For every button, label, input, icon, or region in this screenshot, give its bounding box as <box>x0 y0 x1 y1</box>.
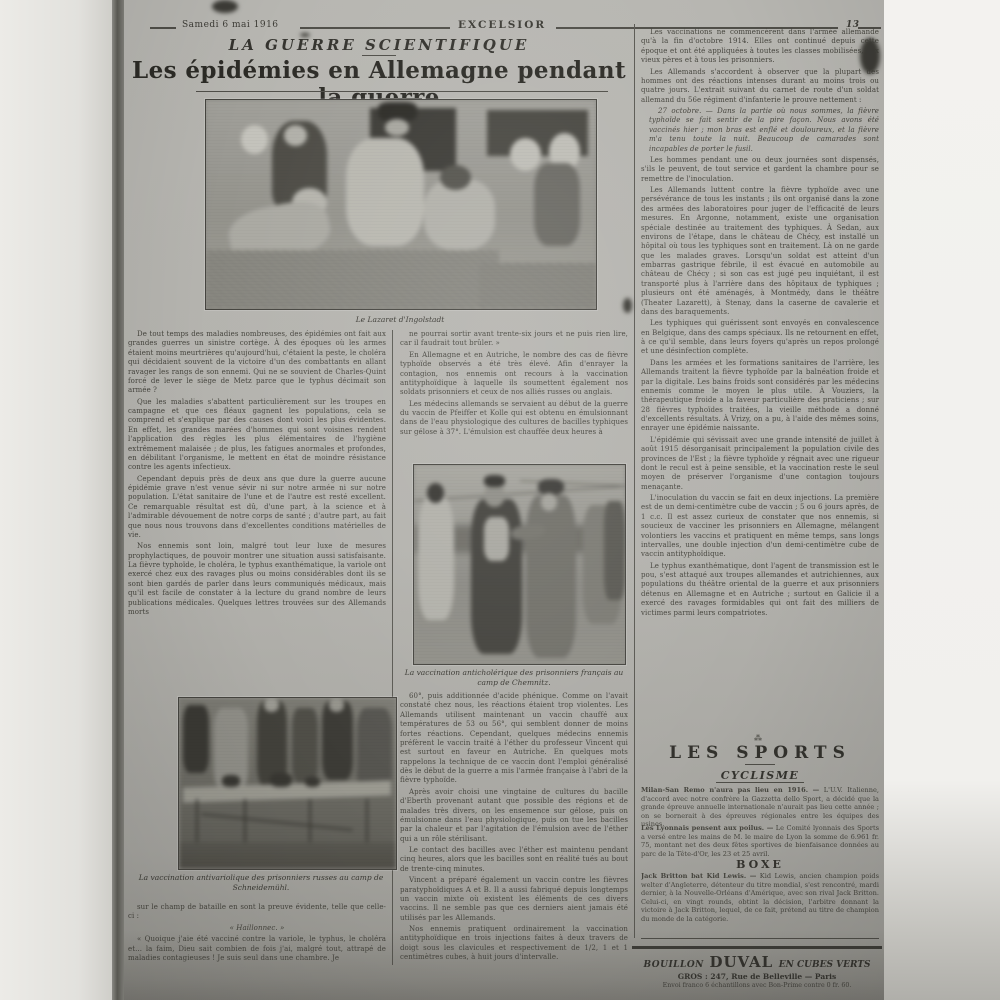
sports-item-lead: Jack Britton bat Kid Lewis. — <box>641 872 756 880</box>
ad-brand-name: DUVAL <box>709 953 773 971</box>
sports-item-lead: Les Lyonnais pensent aux poilus. — <box>641 824 773 832</box>
header-rule <box>150 27 176 29</box>
ink-smudge <box>623 298 632 313</box>
sports-section-title: LES SPORTS <box>641 743 879 763</box>
paragraph: ne pourrai sortir avant trente-six jours… <box>400 330 628 349</box>
masthead: EXCELSIOR <box>458 19 546 31</box>
paragraph: Le typhus exanthématique, dont l'agent d… <box>641 562 879 618</box>
paragraph: Vincent a préparé également un vaccin co… <box>400 876 628 923</box>
cyclisme-heading: CYCLISME <box>641 769 879 782</box>
paragraph: Les Allemands s'accordent à observer que… <box>641 68 879 106</box>
sports-bottom-rule <box>641 938 879 939</box>
bouillon-duval-ad: BOUILLON DUVAL EN CUBES VERTS GROS : 247… <box>632 946 882 989</box>
article-kicker: LA GUERRE SCIENTIFIQUE <box>128 36 630 54</box>
newspaper-scan: Samedi 6 mai 1916 EXCELSIOR 13 LA GUERRE… <box>0 0 1000 1000</box>
paragraph: Les vaccinations ne commencèrent dans l'… <box>641 28 879 66</box>
paragraph: Cependant depuis près de deux ans que du… <box>128 475 386 541</box>
paragraph: En Allemagne et en Autriche, le nombre d… <box>400 351 628 398</box>
paragraph: Dans les armées et les formations sanita… <box>641 359 879 434</box>
ink-smudge <box>212 0 238 13</box>
text-column-middle-top: ne pourrai sortir avant trente-six jours… <box>400 330 628 462</box>
ad-brand-suffix: EN CUBES VERTS <box>779 960 871 970</box>
ad-offer: Envoi franco 6 échantillons avec Bon-Pri… <box>632 982 882 989</box>
page-date: Samedi 6 mai 1916 <box>182 20 279 30</box>
paragraph: Nos ennemis sont loin, malgré tout leur … <box>128 542 386 617</box>
paragraph: sur le champ de bataille en sont la preu… <box>128 903 386 922</box>
column-divider <box>634 24 635 938</box>
sports-item-lead: Milan-San Remo n'aura pas lieu en 1916. … <box>641 786 819 794</box>
paragraph: Nos ennemis pratiquent ordinairement la … <box>400 925 628 963</box>
paragraph: « Haillonnec. » <box>128 924 386 933</box>
scan-left-margin <box>0 0 112 1000</box>
ad-brand-line: BOUILLON DUVAL EN CUBES VERTS <box>632 952 882 971</box>
photo-caption-lazaret: Le Lazaret d'Ingolstadt <box>205 315 595 325</box>
header-rule <box>300 27 450 29</box>
photo-caption-anticholerique: La vaccination anticholérique des prison… <box>400 668 628 688</box>
paragraph: L'inoculation du vaccin se fait en deux … <box>641 494 879 560</box>
photo-grain <box>414 465 625 664</box>
page-fold-shadow <box>112 0 124 1000</box>
photo-grain <box>179 698 396 869</box>
photo-vaccination-antivariolique <box>178 697 397 870</box>
text-column-right: Les vaccinations ne commencèrent dans l'… <box>641 28 879 732</box>
paragraph: Les Allemands luttent contre la fièvre t… <box>641 186 879 317</box>
paragraph: L'épidémie qui sévissait avec une grande… <box>641 436 879 492</box>
text-column-middle-bottom: 60°, puis additionnée d'acide phénique. … <box>400 692 628 964</box>
section-divider-ornament: ⁂ <box>641 734 879 743</box>
paragraph: Les typhiques qui guérissent sont envoyé… <box>641 319 879 357</box>
ad-address: GROS : 247, Rue de Belleville — Paris <box>632 972 882 981</box>
headline-rule <box>196 91 608 92</box>
sports-item-body: Kid Lewis, ancien champion poids welter … <box>641 872 879 923</box>
paragraph: De tout temps des maladies nombreuses, d… <box>128 330 386 396</box>
photo-grain <box>206 100 596 309</box>
text-column-left-top: De tout temps des maladies nombreuses, d… <box>128 330 386 696</box>
sports-item-milan-san-remo: Milan-San Remo n'aura pas lieu en 1916. … <box>641 786 879 829</box>
boxe-heading: BOXE <box>641 858 879 871</box>
sports-item-britton-lewis: Jack Britton bat Kid Lewis. — Kid Lewis,… <box>641 872 879 932</box>
paragraph: « Quoique j'aie été vacciné contre la va… <box>128 935 386 963</box>
paragraph: Les hommes pendant une ou deux journées … <box>641 156 879 184</box>
paragraph: Que les maladies s'abattent particulière… <box>128 398 386 473</box>
ad-brand-prefix: BOUILLON <box>643 960 703 970</box>
cyclisme-rule <box>716 782 804 783</box>
text-column-left-bottom: sur le champ de bataille en sont la preu… <box>128 903 386 965</box>
kicker-rule <box>362 55 396 56</box>
scan-right-margin <box>884 0 1000 1000</box>
photo-lazaret-ingolstadt <box>205 99 597 310</box>
paragraph: Après avoir choisi une vingtaine de cult… <box>400 788 628 844</box>
photo-caption-antivariolique: La vaccination antivariolique des prison… <box>128 873 394 893</box>
paragraph: Les médecins allemands se servaient au d… <box>400 400 628 438</box>
ink-smudge <box>860 38 880 74</box>
paragraph: Le contact des bacilles avec l'éther est… <box>400 846 628 874</box>
paragraph: 27 octobre. — Dans la partie où nous som… <box>641 107 879 154</box>
sports-item-lyonnais-poilus: Les Lyonnais pensent aux poilus. — Le Co… <box>641 824 879 858</box>
sports-title-rule <box>745 764 775 765</box>
ink-smudge <box>300 33 310 37</box>
paragraph: 60°, puis additionnée d'acide phénique. … <box>400 692 628 786</box>
photo-vaccination-anticholerique <box>413 464 626 665</box>
